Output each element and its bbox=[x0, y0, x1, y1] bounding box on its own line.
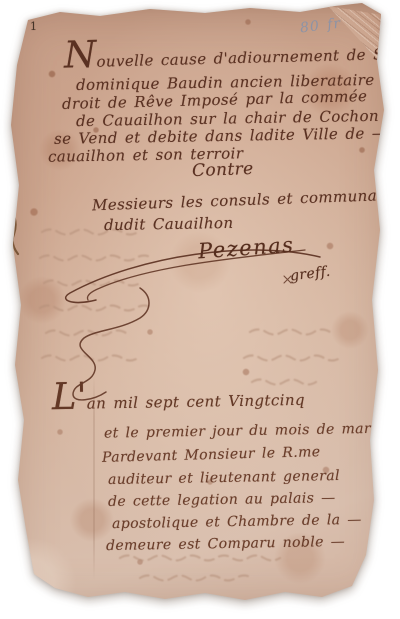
body-line: demeure est Comparu noble — bbox=[106, 534, 345, 554]
page-number: 1 bbox=[30, 20, 37, 33]
body-line: auditeur et lieutenant general bbox=[108, 468, 340, 488]
body-line: et le premier jour du mois de mars — bbox=[104, 420, 400, 441]
signature-role: greff. bbox=[289, 264, 331, 285]
clerk-signature: Pezenas bbox=[197, 233, 295, 264]
versus-label: Contre bbox=[192, 159, 254, 181]
respondent-line: dudit Cauailhon bbox=[104, 214, 234, 234]
respondent-line: Messieurs les consuls et communauté bbox=[92, 186, 400, 215]
manuscript-scan: 1 80 fr Nouvelle cause d'adiournement de… bbox=[0, 0, 400, 619]
pencil-price-annotation: 80 fr bbox=[299, 16, 342, 37]
heading-line: Nouvelle cause d'adiournement de Sieur bbox=[64, 41, 400, 71]
body-line: apostolique et Chambre de la — bbox=[112, 512, 362, 532]
manuscript-page: 1 80 fr Nouvelle cause d'adiournement de… bbox=[0, 0, 400, 619]
body-line: de cette legation au palais — bbox=[108, 490, 336, 510]
body-line: Pardevant Monsieur le R.me bbox=[102, 444, 321, 466]
paper-shadow-wrap: 1 80 fr Nouvelle cause d'adiournement de… bbox=[0, 0, 400, 619]
body-line: L'an mil sept cent Vingtcinq bbox=[52, 388, 305, 413]
